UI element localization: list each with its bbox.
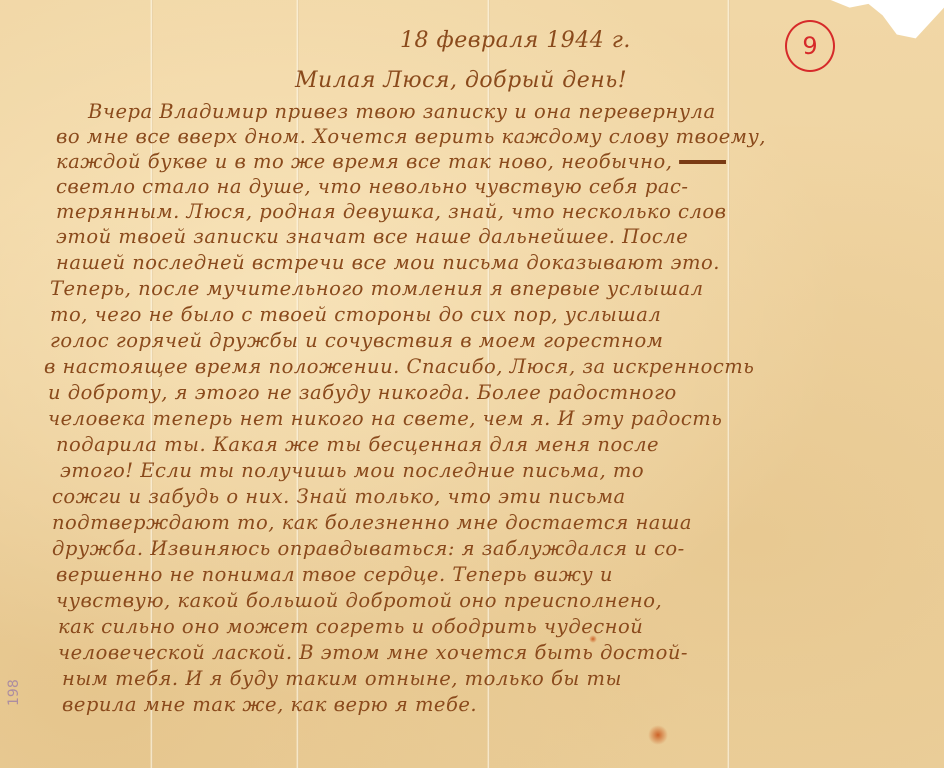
struck-out-word: [679, 150, 726, 173]
letter-line: и доброту, я этого не забуду никогда. Бо…: [48, 381, 677, 404]
letter-line: терянным. Люся, родная девушка, знай, чт…: [56, 200, 726, 223]
letter-line: чувствую, какой большой добротой оно пре…: [56, 589, 662, 612]
letter-line: человеческой лаской. В этом мне хочется …: [58, 641, 688, 664]
letter-line-text: каждой букве и в то же время все так нов…: [56, 150, 679, 173]
letter-line: во мне все вверх дном. Хочется верить ка…: [56, 125, 766, 148]
archive-number-text: 9: [802, 32, 817, 60]
letter-line: голос горячей дружбы и сочувствия в моем…: [50, 329, 663, 352]
letter-line: вершенно не понимал твое сердце. Теперь …: [56, 563, 613, 586]
letter-greeting: Милая Люся, добрый день!: [295, 68, 627, 93]
letter-line: человека теперь нет никого на свете, чем…: [48, 407, 722, 430]
letter-line: этой твоей записки значат все наше дальн…: [56, 225, 688, 248]
letter-line: ным тебя. И я буду таким отныне, только …: [62, 667, 622, 690]
letter-line: сожги и забудь о них. Знай только, что э…: [52, 485, 626, 508]
letter-line: верила мне так же, как верю я тебе.: [62, 693, 477, 716]
letter-line: каждой букве и в то же время все так нов…: [56, 150, 726, 173]
letter-line: Теперь, после мучительного томления я вп…: [50, 277, 704, 300]
letter-line: нашей последней встречи все мои письма д…: [56, 251, 720, 274]
letter-line: дружба. Извиняюсь оправдываться: я заблу…: [52, 537, 685, 560]
letter-line: в настоящее время положении. Спасибо, Лю…: [44, 355, 754, 378]
letter-paper: 9 198 18 февраля 1944 г. Милая Люся, доб…: [0, 0, 944, 768]
letter-line: то, чего не было с твоей стороны до сих …: [50, 303, 661, 326]
letter-line: этого! Если ты получишь мои последние пи…: [60, 459, 644, 482]
letter-line: подарила ты. Какая же ты бесценная для м…: [56, 433, 659, 456]
letter-date: 18 февраля 1944 г.: [400, 28, 631, 53]
archive-page-number-stamp: 9: [785, 20, 835, 72]
ink-stain: [648, 725, 668, 745]
margin-pencil-note: 198: [6, 679, 22, 706]
letter-line: подтверждают то, как болезненно мне дост…: [52, 511, 692, 534]
letter-line: Вчера Владимир привез твою записку и она…: [88, 100, 716, 123]
letter-line: светло стало на душе, что невольно чувст…: [56, 175, 688, 198]
paper-fold-line: [727, 0, 730, 768]
letter-line: как сильно оно может согреть и ободрить …: [58, 615, 643, 638]
